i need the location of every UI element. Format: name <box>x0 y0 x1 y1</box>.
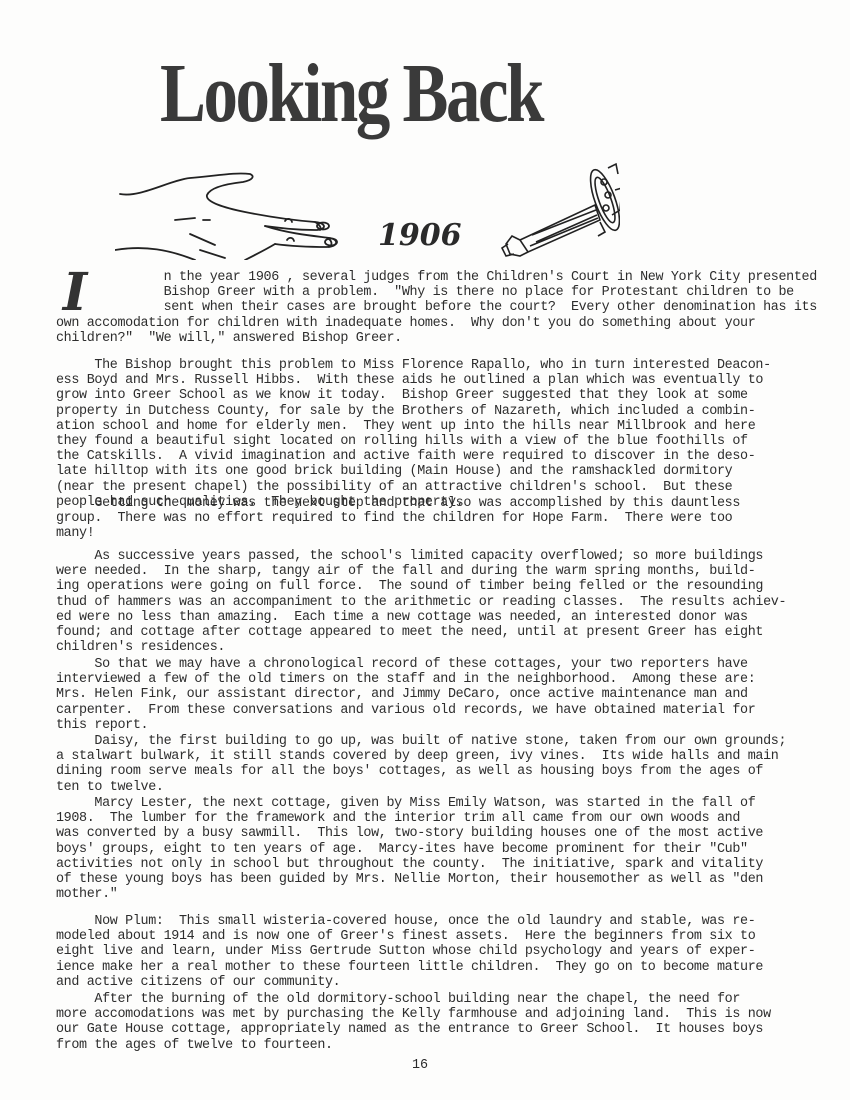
paragraph: Getting the money was the next step and … <box>56 496 796 542</box>
pointing-hand-icon <box>115 150 365 260</box>
page-number: 16 <box>412 1058 428 1073</box>
paragraph: Daisy, the first building to go up, was … <box>56 734 796 795</box>
paragraph: Marcy Lester, the next cottage, given by… <box>56 796 796 902</box>
paragraph: Now Plum: This small wisteria-covered ho… <box>56 914 796 990</box>
paragraph: n the year 1906 , several judges from th… <box>56 270 796 346</box>
page-title: Looking Back <box>160 52 570 136</box>
year-label: 1906 <box>378 218 462 253</box>
torch-icon <box>500 160 620 260</box>
paragraph: After the burning of the old dormitory-s… <box>56 992 796 1053</box>
paragraph: As successive years passed, the school's… <box>56 549 796 655</box>
paragraph: So that we may have a chronological reco… <box>56 657 796 733</box>
paragraph: The Bishop brought this problem to Miss … <box>56 358 796 510</box>
